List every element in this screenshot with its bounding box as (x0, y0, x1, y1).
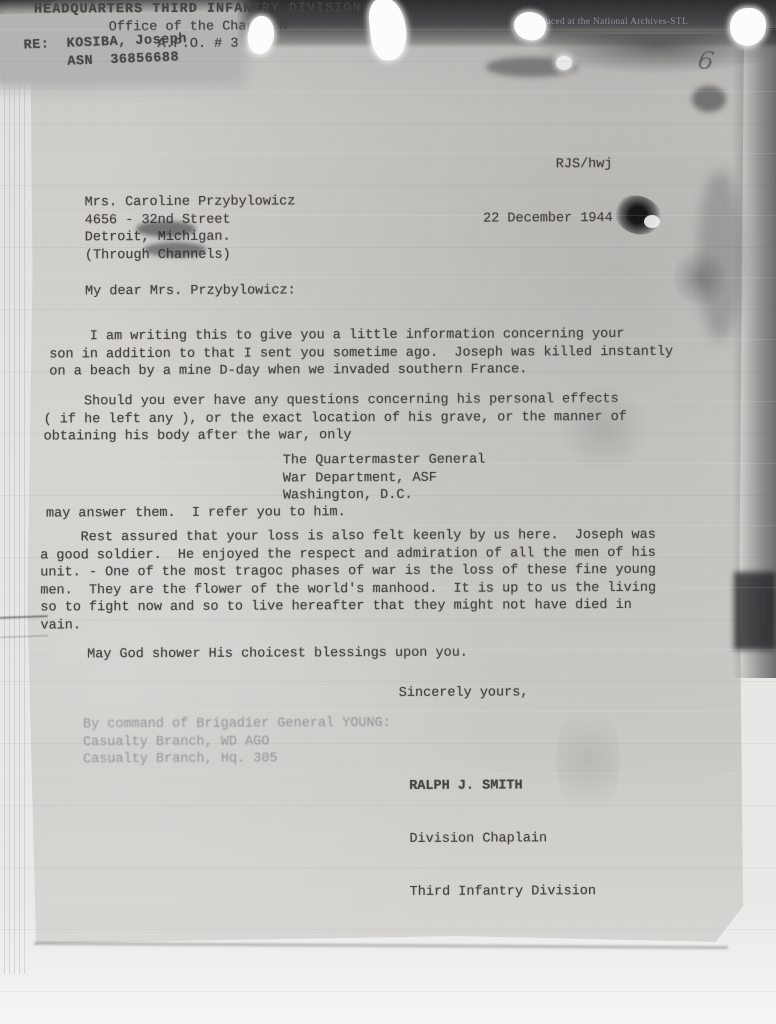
scanned-letter-page: Reproduced at the National Archives-STL … (0, 0, 776, 1024)
signature-name: RALPH J. SMITH (409, 777, 595, 795)
letterhead-unit: HEADQUARTERS THIRD INFANTRY DIVISION (0, 0, 398, 19)
closing-line: Sincerely yours, (399, 684, 529, 702)
signature-block: RALPH J. SMITH Division Chaplain Third I… (409, 742, 596, 936)
salutation: My dear Mrs. Przybylowicz: (85, 282, 296, 301)
file-reference-stamp: RE: KOSIBA, Joseph ASN 36856688 (23, 31, 188, 73)
quartermaster-tail: may answer them. I refer you to him. (46, 504, 346, 523)
paragraph-2: Should you ever have any questions conce… (43, 391, 627, 446)
quartermaster-address: The Quartermaster General War Department… (283, 452, 486, 506)
paragraph-3: Rest assured that your loss is also felt… (40, 527, 656, 635)
reference-initials: RJS/hwj (432, 156, 612, 175)
blessing-line: May God shower His choicest blessings up… (47, 645, 468, 664)
command-stamp-block: By command of Brigadier General YOUNG: C… (83, 715, 391, 769)
paragraph-1: I am writing this to give you a little i… (49, 326, 673, 382)
letter-date: 22 December 1944 (433, 210, 613, 229)
typewritten-text-layer: RE: KOSIBA, Joseph ASN 36856688 HEADQUAR… (0, 0, 776, 1024)
recipient-address: Mrs. Caroline Przybylowicz 4656 - 32nd S… (85, 193, 296, 264)
reference-and-date: RJS/hwj 22 December 1944 (432, 120, 613, 265)
signature-title: Division Chaplain (409, 830, 595, 848)
letterhead-office: Office of the Chaplain (0, 18, 398, 37)
signature-unit: Third Infantry Division (410, 883, 596, 901)
